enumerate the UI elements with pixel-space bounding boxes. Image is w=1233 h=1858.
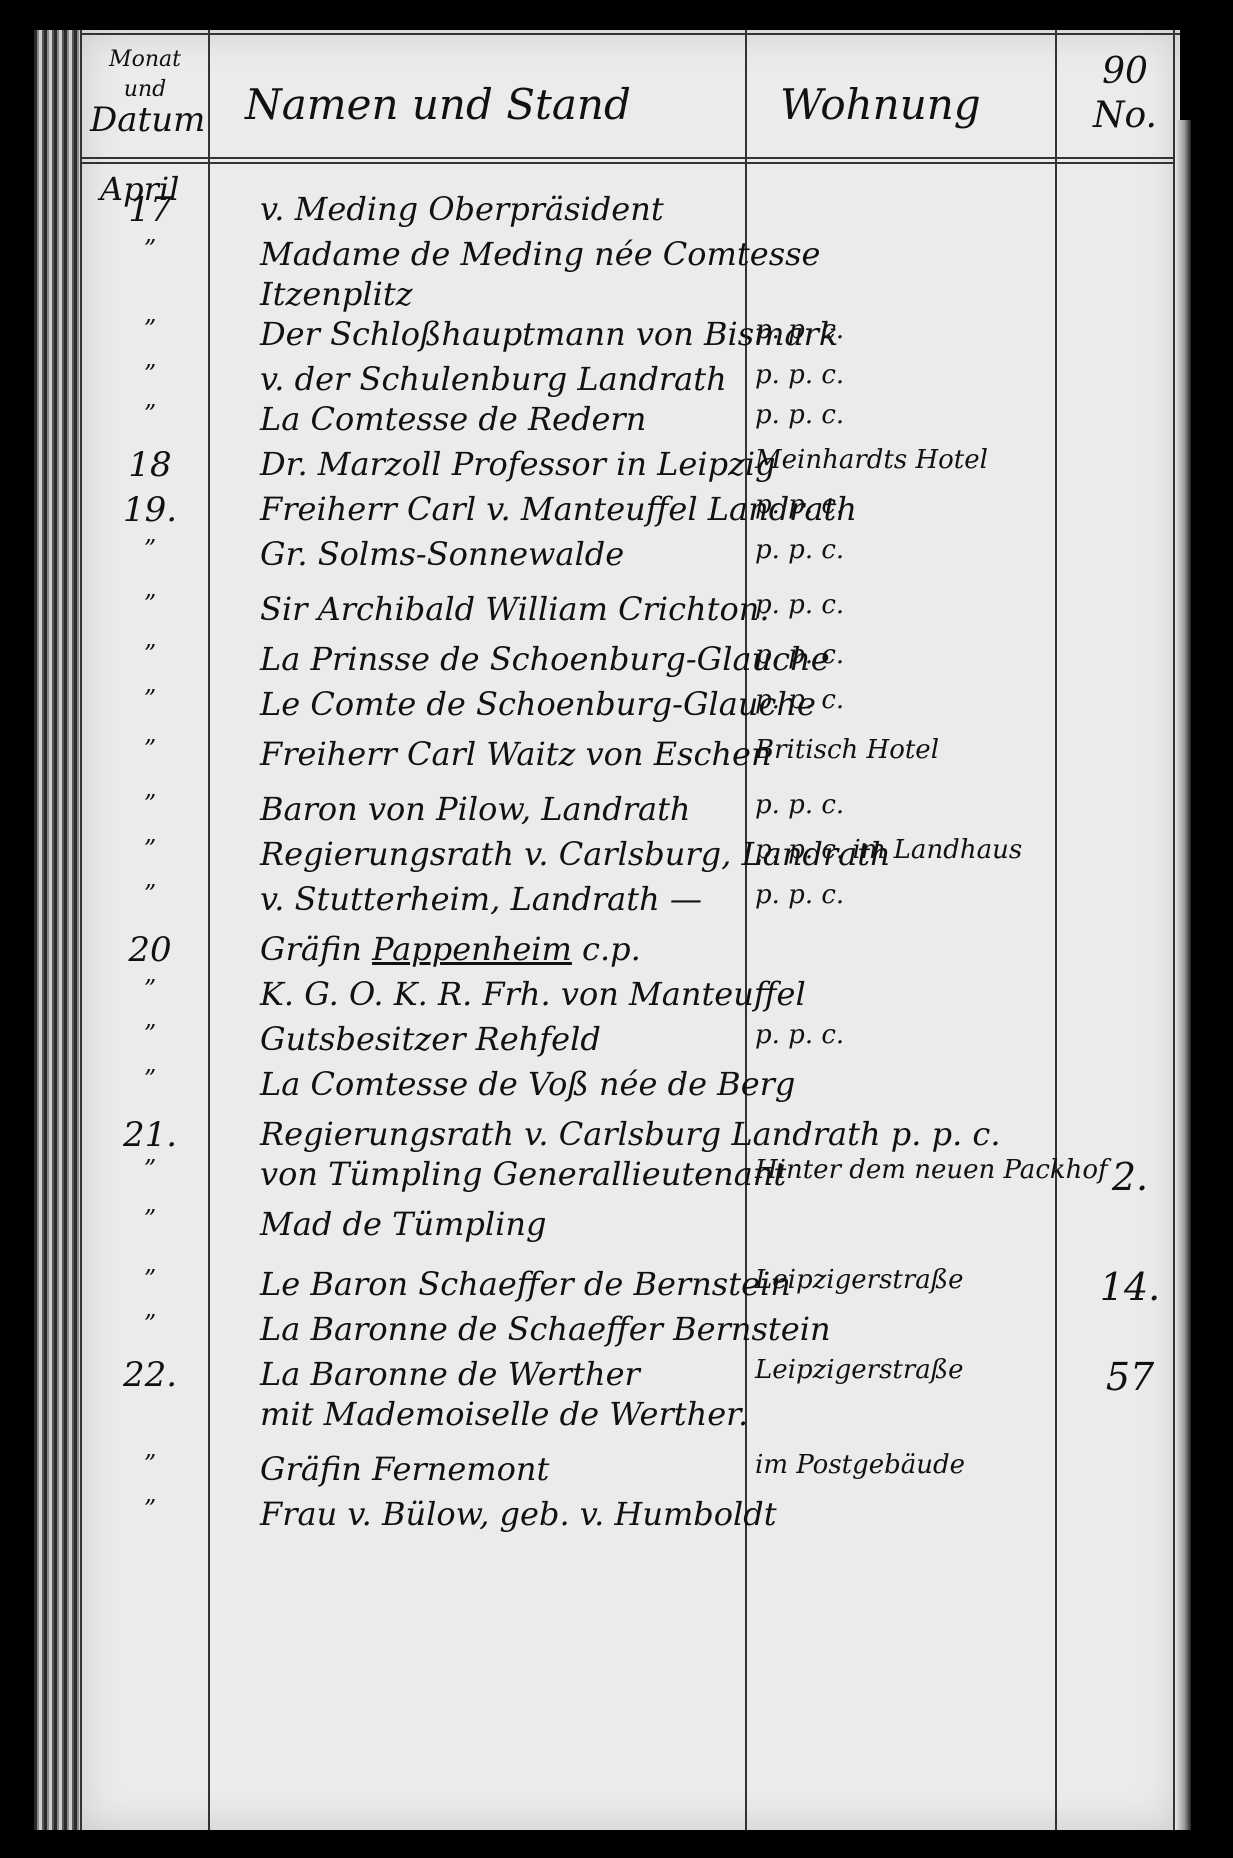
book-page-stack bbox=[34, 30, 84, 1830]
entry-wohnung: Hinter dem neuen Packhof bbox=[755, 1155, 1085, 1185]
entry-wohnung: p. p. c. bbox=[755, 1020, 1085, 1050]
entry-name: La Baronne de Schaeffer Bernstein bbox=[260, 1310, 820, 1348]
register-row: ”La Prinsse de Schoenburg-Glauchep. p. c… bbox=[80, 640, 1180, 680]
entry-name: Der Schloßhauptmann von Bismark bbox=[260, 315, 820, 353]
entry-date: ” bbox=[90, 590, 210, 618]
entry-name: Le Baron Schaeffer de Bernstein bbox=[260, 1265, 820, 1303]
entry-name: Le Comte de Schoenburg-Glauche bbox=[260, 685, 820, 723]
entry-date: ” bbox=[90, 1450, 210, 1478]
entry-date: 19. bbox=[90, 490, 210, 530]
register-row: ”Freiherr Carl Waitz von EschenBritisch … bbox=[80, 735, 1180, 775]
entry-date: 18 bbox=[90, 445, 210, 485]
book-right-edge bbox=[1175, 120, 1191, 1830]
entry-name: La Prinsse de Schoenburg-Glauche bbox=[260, 640, 820, 678]
register-row: ”Gutsbesitzer Rehfeldp. p. c. bbox=[80, 1020, 1180, 1060]
register-row: 20Gräfin Pappenheim c.p. bbox=[80, 930, 1180, 970]
register-row: 22.La Baronne de WertherLeipzigerstraße5… bbox=[80, 1355, 1180, 1395]
entry-name: La Comtesse de Redern bbox=[260, 400, 820, 438]
header-no-label: No. bbox=[1085, 94, 1165, 138]
entry-date: ” bbox=[90, 640, 210, 668]
register-row: 19.Freiherr Carl v. Manteuffel Landrathp… bbox=[80, 490, 1180, 530]
entry-wohnung: p. p. c. bbox=[755, 360, 1085, 390]
entry-name: v. Meding Oberpräsident bbox=[260, 190, 820, 228]
register-row: ”Mad de Tümpling bbox=[80, 1205, 1180, 1245]
entry-date: ” bbox=[90, 685, 210, 713]
entry-name: K. G. O. K. R. Frh. von Manteuffel bbox=[260, 975, 820, 1013]
entry-wohnung: p. p. c. bbox=[755, 490, 1085, 520]
entry-wohnung: Britisch Hotel bbox=[755, 735, 1085, 765]
entry-name: Baron von Pilow, Landrath bbox=[260, 790, 820, 828]
entry-date: ” bbox=[90, 790, 210, 818]
entry-date: ” bbox=[90, 1065, 210, 1093]
entry-date: ” bbox=[90, 400, 210, 428]
entry-name: v. Stutterheim, Landrath — bbox=[260, 880, 820, 918]
entry-name-underlined: Pappenheim bbox=[372, 930, 572, 968]
entry-date: ” bbox=[90, 1265, 210, 1293]
entry-name: La Comtesse de Voß née de Berg bbox=[260, 1065, 820, 1103]
entry-wohnung: Meinhardts Hotel bbox=[755, 445, 1085, 475]
entry-name: Frau v. Bülow, geb. v. Humboldt bbox=[260, 1495, 820, 1533]
entry-name: Freiherr Carl v. Manteuffel Landrath bbox=[260, 490, 820, 528]
entry-wohnung: p. p. c. bbox=[755, 590, 1085, 620]
entry-date: ” bbox=[90, 535, 210, 563]
header-datum: Monat und Datum bbox=[90, 45, 200, 135]
entry-wohnung: im Postgebäude bbox=[755, 1450, 1085, 1480]
entry-wohnung: Leipzigerstraße bbox=[755, 1355, 1085, 1385]
entry-name: Itzenplitz bbox=[260, 275, 820, 313]
register-row: ”K. G. O. K. R. Frh. von Manteuffel bbox=[80, 975, 1180, 1015]
register-row: ”Le Baron Schaeffer de BernsteinLeipzige… bbox=[80, 1265, 1180, 1305]
register-row: ”Frau v. Bülow, geb. v. Humboldt bbox=[80, 1495, 1180, 1535]
register-row: Itzenplitz bbox=[80, 275, 1180, 315]
entry-date: 21. bbox=[90, 1115, 210, 1155]
register-row: ”von Tümpling GenerallieutenantHinter de… bbox=[80, 1155, 1180, 1195]
entry-date: ” bbox=[90, 880, 210, 908]
register-row: ”v. der Schulenburg Landrathp. p. c. bbox=[80, 360, 1180, 400]
register-row: ”Madame de Meding née Comtesse bbox=[80, 235, 1180, 275]
register-row: 17v. Meding Oberpräsident bbox=[80, 190, 1180, 230]
register-row: ”Le Comte de Schoenburg-Glauchep. p. c. bbox=[80, 685, 1180, 725]
entry-date: ” bbox=[90, 1310, 210, 1338]
header-number: 90 No. bbox=[1085, 50, 1165, 138]
entry-wohnung: p. p. c. bbox=[755, 535, 1085, 565]
register-row: ”v. Stutterheim, Landrath —p. p. c. bbox=[80, 880, 1180, 920]
register-row: 21.Regierungsrath v. Carlsburg Landrath … bbox=[80, 1115, 1180, 1155]
entry-date: ” bbox=[90, 735, 210, 763]
entry-date: ” bbox=[90, 235, 210, 263]
entry-name: Dr. Marzoll Professor in Leipzig bbox=[260, 445, 820, 483]
register-row: ”Sir Archibald William Crichton.p. p. c. bbox=[80, 590, 1180, 630]
entry-name: Regierungsrath v. Carlsburg, Landrath bbox=[260, 835, 820, 873]
entry-name: Madame de Meding née Comtesse bbox=[260, 235, 820, 273]
header-name-stand: Namen und Stand bbox=[245, 80, 631, 129]
entry-date: ” bbox=[90, 360, 210, 388]
entry-name: Mad de Tümpling bbox=[260, 1205, 820, 1243]
entry-number: 57 bbox=[1090, 1355, 1170, 1399]
header-datum-datum: Datum bbox=[90, 105, 200, 135]
register-row: mit Mademoiselle de Werther. bbox=[80, 1395, 1180, 1435]
entry-name: Gräfin Fernemont bbox=[260, 1450, 820, 1488]
entry-number: 2. bbox=[1090, 1155, 1170, 1199]
entry-wohnung: p. p. c. bbox=[755, 880, 1085, 910]
entry-name: von Tümpling Generallieutenant bbox=[260, 1155, 820, 1193]
entry-wohnung: Leipzigerstraße bbox=[755, 1265, 1085, 1295]
header-datum-monat: Monat bbox=[90, 45, 200, 75]
entry-wohnung: p. p. c. bbox=[755, 315, 1085, 345]
page-number: 90 bbox=[1085, 50, 1165, 94]
entry-name: Sir Archibald William Crichton. bbox=[260, 590, 820, 628]
entry-date: ” bbox=[90, 1495, 210, 1523]
entry-date: 17 bbox=[90, 190, 210, 230]
entry-date: 22. bbox=[90, 1355, 210, 1395]
entry-name: Gr. Solms-Sonnewalde bbox=[260, 535, 820, 573]
entry-name: La Baronne de Werther bbox=[260, 1355, 820, 1393]
register-row: ”La Baronne de Schaeffer Bernstein bbox=[80, 1310, 1180, 1350]
register-row: ”La Comtesse de Redernp. p. c. bbox=[80, 400, 1180, 440]
entry-wohnung: p. p. c. bbox=[755, 790, 1085, 820]
register-row: ”Regierungsrath v. Carlsburg, Landrathp.… bbox=[80, 835, 1180, 875]
entry-wohnung: p. p. c. im Landhaus bbox=[755, 835, 1085, 865]
entry-name: Freiherr Carl Waitz von Eschen bbox=[260, 735, 820, 773]
header-bottom-rule bbox=[80, 157, 1180, 159]
register-row: ”Der Schloßhauptmann von Bismarkp. p. c. bbox=[80, 315, 1180, 355]
register-row: 18Dr. Marzoll Professor in LeipzigMeinha… bbox=[80, 445, 1180, 485]
entry-name: Gutsbesitzer Rehfeld bbox=[260, 1020, 820, 1058]
header-bottom-rule-2 bbox=[80, 162, 1180, 164]
entry-date: ” bbox=[90, 975, 210, 1003]
entry-date: ” bbox=[90, 1155, 210, 1183]
entry-date: ” bbox=[90, 1020, 210, 1048]
register-row: ”Baron von Pilow, Landrathp. p. c. bbox=[80, 790, 1180, 830]
entry-date: ” bbox=[90, 1205, 210, 1233]
header-top-rule bbox=[80, 33, 1180, 35]
entry-wohnung: p. p. c. bbox=[755, 400, 1085, 430]
entry-number: 14. bbox=[1090, 1265, 1170, 1309]
entry-name: Regierungsrath v. Carlsburg Landrath p. … bbox=[260, 1115, 820, 1153]
entry-wohnung: p. p. c. bbox=[755, 685, 1085, 715]
entry-name: v. der Schulenburg Landrath bbox=[260, 360, 820, 398]
entry-name: Gräfin Pappenheim c.p. bbox=[260, 930, 820, 968]
entry-date: ” bbox=[90, 315, 210, 343]
entry-name: mit Mademoiselle de Werther. bbox=[260, 1395, 820, 1433]
entry-wohnung: p. p. c. bbox=[755, 640, 1085, 670]
entry-date: 20 bbox=[90, 930, 210, 970]
register-row: ”Gräfin Fernemontim Postgebäude bbox=[80, 1450, 1180, 1490]
entry-date: ” bbox=[90, 835, 210, 863]
header-wohnung: Wohnung bbox=[780, 80, 981, 129]
register-row: ”Gr. Solms-Sonnewaldep. p. c. bbox=[80, 535, 1180, 575]
register-page: Monat und Datum Namen und Stand Wohnung … bbox=[80, 30, 1180, 1830]
register-row: ”La Comtesse de Voß née de Berg bbox=[80, 1065, 1180, 1105]
